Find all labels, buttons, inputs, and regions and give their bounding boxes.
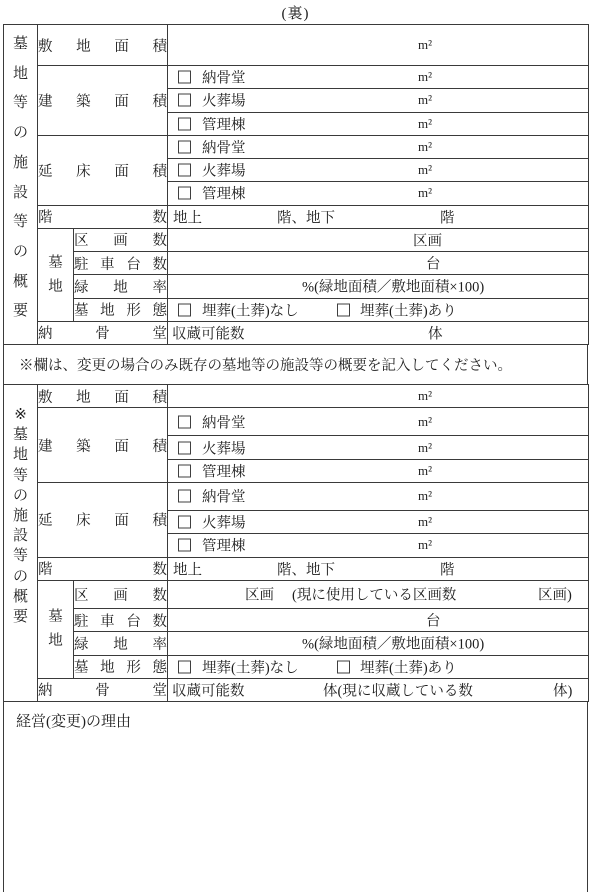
vertical-label-chars: ※ 墓 地 等 の 施 設 等 の 概 要 (4, 385, 37, 701)
existing-facilities-overview-table: ※ 墓 地 等 の 施 設 等 の 概 要 敷地面積 m² 建築面積 (3, 384, 589, 702)
cemetery-group-chars: 墓 地 (38, 585, 73, 673)
vertical-label-char: 地 (13, 60, 28, 90)
table-row: 納骨堂 収蔵可能数 体(現に収蔵している数 体) (4, 678, 589, 701)
row-label-charnel-house: 納骨堂 (38, 321, 168, 344)
row-label-building-area: 建築面積 (38, 66, 168, 136)
note-box: ※欄は、変更の場合のみ既存の墓地等の施設等の概要を記入してください。 (3, 344, 588, 385)
charnel-capacity-field[interactable]: 収蔵可能数 体 (168, 321, 589, 344)
table-row: 駐車台数 台 (4, 252, 589, 275)
unit-m2: m² (418, 37, 432, 53)
floors-field[interactable]: 地上 階、地下 階 (168, 205, 589, 228)
vertical-label-char: の (13, 119, 28, 149)
unit-m2: m² (418, 388, 432, 404)
unit-m2: m² (418, 488, 432, 504)
building-area-admin-field[interactable]: 管理棟 m² (168, 459, 589, 482)
plots-in-use-label: (現に使用している区画数 (292, 584, 456, 605)
vertical-label-char: 墓 (13, 30, 28, 60)
floor-area-crematorium-field[interactable]: 火葬場 m² (168, 511, 589, 534)
floors-unit: 階 (440, 558, 455, 579)
checkbox-icon[interactable] (178, 164, 191, 177)
plots-in-use-unit: 区画) (538, 584, 572, 605)
vertical-label-char: の (13, 486, 28, 506)
floors-unit: 階 (440, 206, 455, 227)
reason-label: 経営(変更)の理由 (16, 710, 575, 731)
floor-area-admin-field[interactable]: 管理棟 m² (168, 182, 589, 205)
vertical-label-char: 墓 (48, 251, 63, 275)
table-row: 延床面積 納骨堂 m² (4, 482, 589, 510)
charnel-capacity-field[interactable]: 収蔵可能数 体(現に収蔵している数 体) (168, 678, 589, 701)
site-area-field[interactable]: m² (168, 25, 589, 66)
building-area-admin-field[interactable]: 管理棟 m² (168, 112, 589, 135)
vertical-label-char: 概 (13, 587, 28, 607)
facility-label: 管理棟 (202, 460, 246, 481)
floors-above-label: 地上 (173, 558, 202, 579)
checkbox-icon[interactable] (337, 660, 350, 673)
row-label-cemetery-form: 墓地形態 (74, 655, 168, 678)
checkbox-icon[interactable] (178, 303, 191, 316)
building-area-crematorium-field[interactable]: 火葬場 m² (168, 89, 589, 112)
unit-m2: m² (418, 463, 432, 479)
cemetery-group-chars: 墓 地 (38, 231, 73, 319)
floor-area-ossuary-field[interactable]: 納骨堂 m² (168, 135, 589, 158)
row-label-floors: 階数 (38, 205, 168, 228)
table-row: 階数 地上 階、地下 階 (4, 557, 589, 580)
checkbox-icon[interactable] (178, 140, 191, 153)
facilities-overview-table: 墓 地 等 の 施 設 等 の 概 要 敷地面積 m² 建築面積 (3, 24, 589, 345)
unit-bodies: 体 (428, 322, 443, 343)
table-row: 納骨堂 収蔵可能数 体 (4, 321, 589, 344)
facility-label: 管理棟 (202, 535, 246, 556)
table-row: 緑地率 %(緑地面積／敷地面積×100) (4, 275, 589, 298)
burial-none-label: 埋葬(土葬)なし (202, 299, 299, 320)
building-area-ossuary-field[interactable]: 納骨堂 m² (168, 408, 589, 436)
checkbox-icon[interactable] (178, 441, 191, 454)
checkbox-icon[interactable] (178, 539, 191, 552)
checkbox-icon[interactable] (178, 94, 191, 107)
green-ratio-field[interactable]: %(緑地面積／敷地面積×100) (168, 275, 589, 298)
table-row: ※ 墓 地 等 の 施 設 等 の 概 要 敷地面積 m² (4, 385, 589, 408)
green-ratio-formula: %(緑地面積／敷地面積×100) (302, 276, 484, 297)
row-label-building-area: 建築面積 (38, 408, 168, 483)
facility-label: 火葬場 (202, 160, 246, 181)
form-back-page: (裏) 墓 地 等 の 施 設 等 の 概 要 敷地面積 (0, 0, 591, 892)
burial-yes-label: 埋葬(土葬)あり (360, 656, 457, 677)
table-row: 墓 地 区画数 区画 (現に使用している区画数 区画) (4, 580, 589, 608)
vertical-label-char: 要 (13, 297, 28, 327)
checkbox-icon[interactable] (178, 660, 191, 673)
building-area-crematorium-field[interactable]: 火葬場 m² (168, 436, 589, 459)
building-area-ossuary-field[interactable]: 納骨堂 m² (168, 66, 589, 89)
row-label-floors: 階数 (38, 557, 168, 580)
vertical-label-chars: 墓 地 等 の 施 設 等 の 概 要 (4, 25, 37, 344)
unit-m2: m² (418, 69, 432, 85)
row-label-green-ratio: 緑地率 (74, 632, 168, 655)
floors-field[interactable]: 地上 階、地下 階 (168, 557, 589, 580)
site-area-field[interactable]: m² (168, 385, 589, 408)
facility-label: 管理棟 (202, 183, 246, 204)
floors-above-label: 地上 (173, 206, 202, 227)
unit-plots: 区画 (413, 229, 442, 250)
green-ratio-field[interactable]: %(緑地面積／敷地面積×100) (168, 632, 589, 655)
facility-label: 納骨堂 (202, 136, 246, 157)
vertical-label-char: 等 (13, 89, 28, 119)
row-label-cemetery-form: 墓地形態 (74, 298, 168, 321)
unit-m2: m² (418, 139, 432, 155)
floor-area-ossuary-field[interactable]: 納骨堂 m² (168, 482, 589, 510)
table-row: 延床面積 納骨堂 m² (4, 135, 589, 158)
parking-count-field[interactable]: 台 (168, 252, 589, 275)
cemetery-form-field[interactable]: 埋葬(土葬)なし 埋葬(土葬)あり (168, 298, 589, 321)
unit-m2: m² (418, 440, 432, 456)
row-label-total-floor-area: 延床面積 (38, 135, 168, 205)
cemetery-group-label: 墓 地 (38, 228, 74, 321)
section-vertical-label: ※ 墓 地 等 の 施 設 等 の 概 要 (4, 385, 38, 702)
facility-label: 管理棟 (202, 113, 246, 134)
checkbox-icon[interactable] (178, 71, 191, 84)
row-label-parking-count: 駐車台数 (74, 252, 168, 275)
vertical-label-char: ※ (14, 405, 27, 425)
burial-yes-label: 埋葬(土葬)あり (360, 299, 457, 320)
table-row: 墓 地 区画数 区画 (4, 228, 589, 251)
section-vertical-label: 墓 地 等 の 施 設 等 の 概 要 (4, 25, 38, 345)
vertical-label-char: 墓 (48, 605, 63, 629)
table-row: 墓 地 等 の 施 設 等 の 概 要 敷地面積 m² (4, 25, 589, 66)
row-label-site-area: 敷地面積 (38, 385, 168, 408)
unit-m2: m² (418, 162, 432, 178)
burial-none-label: 埋葬(土葬)なし (202, 656, 299, 677)
vertical-label-char: 施 (13, 506, 28, 526)
vertical-label-char: の (13, 238, 28, 268)
plot-count-field[interactable]: 区画 (現に使用している区画数 区画) (168, 580, 589, 608)
vertical-label-char: 施 (13, 149, 28, 179)
facility-label: 火葬場 (202, 90, 246, 111)
floor-area-crematorium-field[interactable]: 火葬場 m² (168, 159, 589, 182)
vertical-label-char: 地 (13, 445, 28, 465)
cemetery-group-label: 墓 地 (38, 580, 74, 678)
vertical-label-char: 等 (13, 466, 28, 486)
row-label-charnel-house: 納骨堂 (38, 678, 168, 701)
capacity-label: 収蔵可能数 (172, 679, 245, 700)
unit-m2: m² (418, 185, 432, 201)
vertical-label-char: 等 (13, 546, 28, 566)
unit-plots: 区画 (245, 584, 274, 605)
capacity-label: 収蔵可能数 (172, 322, 245, 343)
bodies-stored-unit: 体) (553, 679, 572, 700)
floor-area-admin-field[interactable]: 管理棟 m² (168, 534, 589, 557)
facility-label: 納骨堂 (202, 486, 246, 507)
checkbox-icon[interactable] (178, 516, 191, 529)
table-row: 階数 地上 階、地下 階 (4, 205, 589, 228)
vertical-label-char: 設 (13, 179, 28, 209)
table-row: 建築面積 納骨堂 m² (4, 408, 589, 436)
row-label-plot-count: 区画数 (74, 580, 168, 608)
vertical-label-char: 要 (13, 607, 28, 627)
row-label-total-floor-area: 延床面積 (38, 482, 168, 557)
row-label-green-ratio: 緑地率 (74, 275, 168, 298)
vertical-label-char: 墓 (13, 425, 28, 445)
vertical-label-char: 概 (13, 268, 28, 298)
table-row: 墓地形態 埋葬(土葬)なし 埋葬(土葬)あり (4, 655, 589, 678)
floors-below-label: 階、地下 (277, 558, 335, 579)
table-row: 建築面積 納骨堂 m² (4, 66, 589, 89)
checkbox-icon[interactable] (178, 187, 191, 200)
floors-below-label: 階、地下 (277, 206, 335, 227)
checkbox-icon[interactable] (178, 464, 191, 477)
facility-label: 納骨堂 (202, 67, 246, 88)
unit-m2: m² (418, 414, 432, 430)
table-row: 墓地形態 埋葬(土葬)なし 埋葬(土葬)あり (4, 298, 589, 321)
bodies-stored-label: 体(現に収蔵している数 (323, 679, 473, 700)
parking-count-field[interactable]: 台 (168, 609, 589, 632)
cemetery-form-field[interactable]: 埋葬(土葬)なし 埋葬(土葬)あり (168, 655, 589, 678)
facility-label: 納骨堂 (202, 411, 246, 432)
unit-cars: 台 (426, 253, 441, 274)
facility-label: 火葬場 (202, 512, 246, 533)
table-row: 緑地率 %(緑地面積／敷地面積×100) (4, 632, 589, 655)
unit-m2: m² (418, 116, 432, 132)
reason-section[interactable]: 経営(変更)の理由 (3, 701, 588, 892)
checkbox-icon[interactable] (178, 415, 191, 428)
note-text: ※欄は、変更の場合のみ既存の墓地等の施設等の概要を記入してください。 (19, 354, 512, 375)
facility-label: 火葬場 (202, 437, 246, 458)
page-title: (裏) (0, 4, 591, 24)
vertical-label-char: 地 (48, 629, 63, 653)
vertical-label-char: の (13, 567, 28, 587)
unit-cars: 台 (426, 610, 441, 631)
checkbox-icon[interactable] (178, 117, 191, 130)
checkbox-icon[interactable] (337, 303, 350, 316)
green-ratio-formula: %(緑地面積／敷地面積×100) (302, 633, 484, 654)
unit-m2: m² (418, 537, 432, 553)
table-row: 駐車台数 台 (4, 609, 589, 632)
vertical-label-char: 地 (48, 275, 63, 299)
row-label-parking-count: 駐車台数 (74, 609, 168, 632)
vertical-label-char: 等 (13, 208, 28, 238)
unit-m2: m² (418, 92, 432, 108)
row-label-plot-count: 区画数 (74, 228, 168, 251)
row-label-site-area: 敷地面積 (38, 25, 168, 66)
unit-m2: m² (418, 514, 432, 530)
checkbox-icon[interactable] (178, 490, 191, 503)
vertical-label-char: 設 (13, 526, 28, 546)
plot-count-field[interactable]: 区画 (168, 228, 589, 251)
